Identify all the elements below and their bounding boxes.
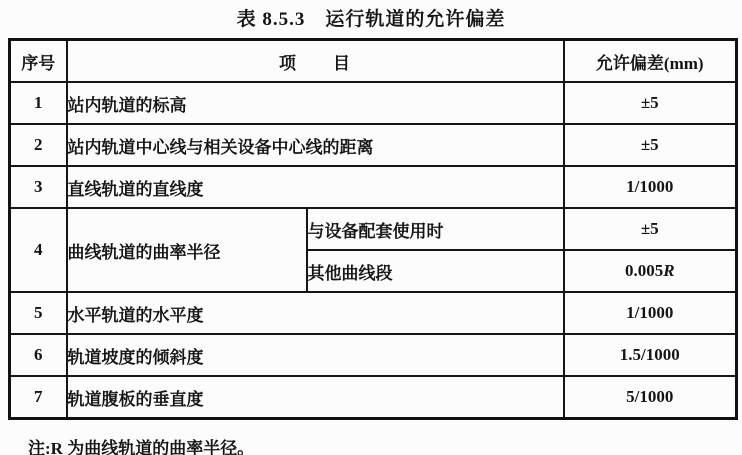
header-no: 序号 — [10, 40, 67, 83]
row-item: 直线轨道的直线度 — [67, 166, 564, 208]
row-no: 4 — [10, 208, 67, 292]
row-item: 轨道坡度的倾斜度 — [67, 334, 564, 376]
deviation-table: 序号 项 目 允许偏差(mm) 1 站内轨道的标高 ±5 2 站内轨道中心线与相… — [8, 38, 738, 420]
table-row: 4 曲线轨道的曲率半径 与设备配套使用时 ±5 — [10, 208, 737, 250]
row-item: 站内轨道中心线与相关设备中心线的距离 — [67, 124, 564, 166]
value-variable-r: R — [663, 261, 674, 280]
table-row: 2 站内轨道中心线与相关设备中心线的距离 ±5 — [10, 124, 737, 166]
row-no: 7 — [10, 376, 67, 419]
row-value: ±5 — [564, 82, 737, 124]
table-row: 1 站内轨道的标高 ±5 — [10, 82, 737, 124]
row-value: 1/1000 — [564, 166, 737, 208]
row-subitem: 其他曲线段 — [307, 250, 564, 292]
row-value: 5/1000 — [564, 376, 737, 419]
row-item: 轨道腹板的垂直度 — [67, 376, 564, 419]
table-title: 表 8.5.3 运行轨道的允许偏差 — [0, 0, 742, 33]
header-item: 项 目 — [67, 40, 564, 83]
table-row: 6 轨道坡度的倾斜度 1.5/1000 — [10, 334, 737, 376]
row-item: 站内轨道的标高 — [67, 82, 564, 124]
row-value: ±5 — [564, 124, 737, 166]
row-no: 3 — [10, 166, 67, 208]
row-item: 曲线轨道的曲率半径 — [67, 208, 307, 292]
row-subitem: 与设备配套使用时 — [307, 208, 564, 250]
row-no: 5 — [10, 292, 67, 334]
row-value: ±5 — [564, 208, 737, 250]
row-value: 0.005R — [564, 250, 737, 292]
header-deviation: 允许偏差(mm) — [564, 40, 737, 83]
row-no: 6 — [10, 334, 67, 376]
row-item: 水平轨道的水平度 — [67, 292, 564, 334]
row-no: 1 — [10, 82, 67, 124]
table-row: 7 轨道腹板的垂直度 5/1000 — [10, 376, 737, 419]
value-number: 0.005 — [625, 261, 663, 280]
table-row: 3 直线轨道的直线度 1/1000 — [10, 166, 737, 208]
document-page: 表 8.5.3 运行轨道的允许偏差 序号 项 目 允许偏差(mm) 1 站内轨道… — [0, 0, 742, 455]
header-row: 序号 项 目 允许偏差(mm) — [10, 40, 737, 83]
row-value: 1/1000 — [564, 292, 737, 334]
row-no: 2 — [10, 124, 67, 166]
row-value: 1.5/1000 — [564, 334, 737, 376]
footnote: 注:R 为曲线轨道的曲率半径。 — [28, 434, 742, 455]
table-row: 5 水平轨道的水平度 1/1000 — [10, 292, 737, 334]
